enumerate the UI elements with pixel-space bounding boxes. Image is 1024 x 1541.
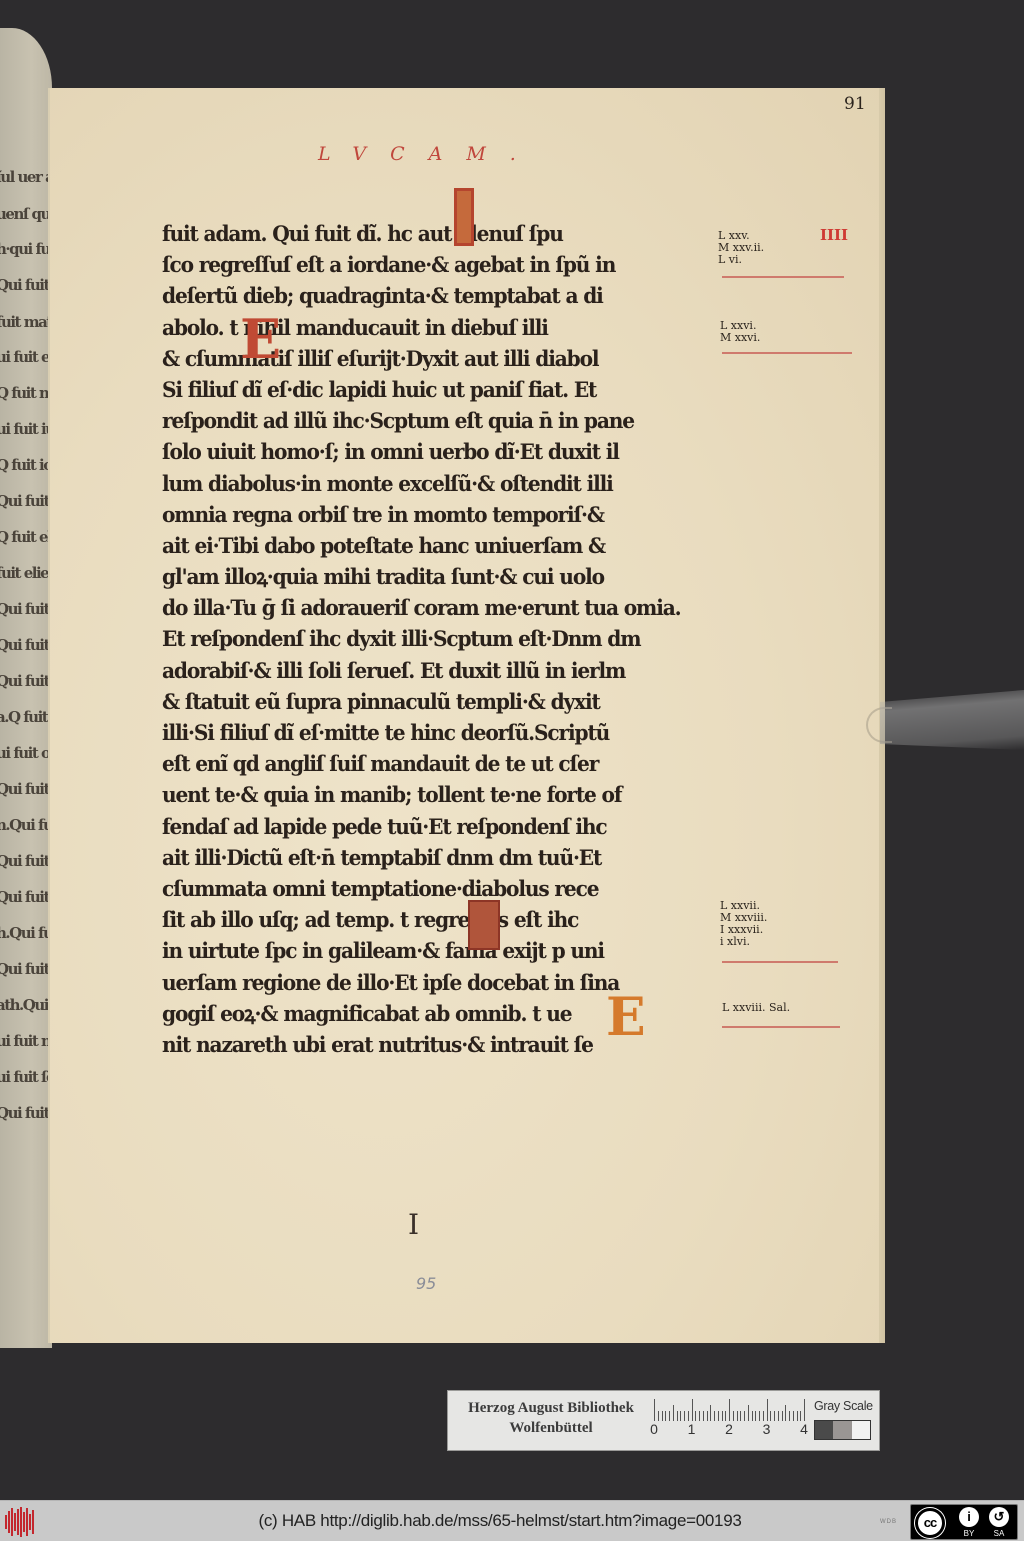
verso-text-line: Qui fuit ſeth xyxy=(0,1104,52,1122)
manuscript-line: ſco regreſſuſ eſt a iordane·& agebat in … xyxy=(162,249,719,280)
manuscript-line: ait illi·Dictũ eſt·n̄ temptabiſ dnm dm t… xyxy=(162,842,719,873)
verso-text-line: Qui fuit melch xyxy=(0,492,52,510)
ruler-tick xyxy=(714,1411,715,1421)
ruler-tick xyxy=(733,1411,734,1421)
ruler-tick xyxy=(763,1411,764,1421)
manuscript-line: in uirtute ſpc in galileam·& fama exijt … xyxy=(162,935,719,966)
marginal-gloss-2: L xxvi. M xxvi. xyxy=(720,320,760,344)
ruler-tick xyxy=(669,1411,670,1421)
copyright-link[interactable]: (c) HAB http://diglib.hab.de/mss/65-helm… xyxy=(0,1511,1000,1531)
verso-text-line: h.Qui fuit ag xyxy=(0,924,52,942)
verso-text-line: fuit matthyꝫ xyxy=(0,312,52,332)
wdb-mark: WDB xyxy=(880,1519,897,1525)
verso-text-line: uenſ quaſi annoꝝ xyxy=(0,204,52,224)
institution-name: Herzog August Bibliothek Wolfenbüttel xyxy=(456,1398,646,1438)
gray-scale-title: Gray Scale xyxy=(814,1399,873,1413)
gloss-line: L xxviii. Sal. xyxy=(722,1002,790,1014)
verso-text-line: Qui fuit leui xyxy=(0,600,52,618)
ruler-tick xyxy=(692,1399,693,1421)
verso-text-line: a.Q fuit nach xyxy=(0,708,52,726)
ruler-tick xyxy=(725,1411,726,1421)
hab-label-card: Herzog August Bibliothek Wolfenbüttel 01… xyxy=(447,1390,880,1451)
manuscript-line: adorabiſ·& illi ſoli ſerueſ. Et duxit il… xyxy=(162,655,719,686)
verso-text-line: Qui fuit melch xyxy=(0,672,52,690)
manuscript-line: cſummata omni temptatione·diabolus rece xyxy=(162,873,719,904)
verso-text-line: Qui fuit naſſ xyxy=(0,780,52,798)
ruler-tick xyxy=(774,1411,775,1421)
verso-text-line: ui fuit eſli xyxy=(0,348,52,366)
ruler-tick xyxy=(755,1411,756,1421)
ruler-tick xyxy=(804,1399,805,1421)
verso-text-line: fuit eliezer xyxy=(0,564,52,582)
gloss-rule xyxy=(722,352,852,354)
ruler-tick xyxy=(778,1411,779,1421)
verso-text-line: ui fuit malel xyxy=(0,1032,52,1050)
running-head: LVCAM. xyxy=(318,143,540,165)
manuscript-line: Et reſpondenſ ihc dyxit illi·Scptum eſt·… xyxy=(162,623,719,654)
ruler-tick xyxy=(748,1405,749,1421)
ruler-number: 3 xyxy=(761,1421,773,1437)
manuscript-line: ait ei·Tibi dabo poteſtate hanc uniuerſa… xyxy=(162,530,719,561)
marginal-red-numeral: IIII xyxy=(820,226,848,244)
ruler-tick xyxy=(673,1405,674,1421)
ruler-tick xyxy=(718,1411,719,1421)
gloss-rule xyxy=(722,961,838,963)
ruler-tick xyxy=(789,1411,790,1421)
ruler-tick xyxy=(782,1411,783,1421)
verso-text-line: ath.Qui fuit xyxy=(0,996,52,1014)
decorated-initial-e: E xyxy=(606,992,646,1044)
institution-line-2: Wolfenbüttel xyxy=(456,1418,646,1438)
ruler-tick xyxy=(677,1411,678,1421)
ruler-tick xyxy=(744,1411,745,1421)
verso-text-line: ui fuit iuda xyxy=(0,420,52,438)
sa-label: SA xyxy=(989,1529,1009,1538)
verso-text-line: h·qui fuit hel xyxy=(0,240,52,258)
manuscript-line: ſolo uiuit homo·ſ; in omni uerbo dĩ·Et d… xyxy=(162,436,719,467)
gray-scale-swatches xyxy=(814,1420,871,1440)
verso-text-line: Q fuit ioſeph xyxy=(0,456,52,474)
cm-ruler xyxy=(654,1399,809,1421)
ruler-tick xyxy=(680,1411,681,1421)
manuscript-line: gl'am illoꝝ·quia mihi tradita ſunt·& cui… xyxy=(162,561,719,592)
by-label: BY xyxy=(959,1529,979,1538)
cc-icon: cc xyxy=(915,1508,945,1538)
decorated-initial-i: I xyxy=(454,188,474,246)
manuscript-line: lum diabolus·in monte excelſũ·& oſtendit… xyxy=(162,468,719,499)
manuscript-line: fuit adam. Qui fuit dĩ. hc aut plenuſ ſp… xyxy=(162,218,719,249)
verso-text-line: Qui fuit ab xyxy=(0,888,52,906)
institution-line-1: Herzog August Bibliothek xyxy=(456,1398,646,1418)
verso-text-line: Qui fuit iacob xyxy=(0,852,52,870)
ruler-tick xyxy=(710,1405,711,1421)
ruler-tick xyxy=(800,1411,801,1421)
verso-text-line: Qui fuit ioſeph xyxy=(0,636,52,654)
ruler-number: 4 xyxy=(798,1421,810,1437)
manuscript-line: ſit ab illo uſq; ad temp. t regreſſus eſ… xyxy=(162,904,719,935)
marginal-gloss-4: L xxviii. Sal. xyxy=(722,1002,790,1014)
sa-share-alike-icon: ↺ xyxy=(989,1507,1009,1527)
decorated-initial-e: E xyxy=(240,312,281,366)
by-attribution-icon: i xyxy=(959,1507,979,1527)
verso-page-edge: ĩul uer aydauenſ quaſi annoꝝh·qui fuit h… xyxy=(0,28,52,1348)
ruler-number: 1 xyxy=(686,1421,698,1437)
swatch-mid xyxy=(833,1421,851,1439)
ruler-tick xyxy=(752,1411,753,1421)
ruler-tick xyxy=(695,1411,696,1421)
ruler-tick xyxy=(729,1399,730,1421)
decorated-initial-e xyxy=(468,900,500,950)
ruler-tick xyxy=(793,1411,794,1421)
verso-text-line: n.Qui fuit eſ xyxy=(0,816,52,834)
verso-text-line: ĩul uer ayda xyxy=(0,168,52,186)
ruler-tick xyxy=(797,1411,798,1421)
ruler-tick xyxy=(767,1399,768,1421)
cc-license-badge[interactable]: cc i BY ↺ SA xyxy=(910,1504,1018,1540)
verso-text-line: Q fuit elmada xyxy=(0,528,52,546)
footer-bar: (c) HAB http://diglib.hab.de/mss/65-helm… xyxy=(0,1500,1024,1541)
ruler-tick xyxy=(740,1411,741,1421)
manuscript-line: illi·Si filiuſ dĩ eſ·mitte te hinc deorſ… xyxy=(162,717,719,748)
gloss-line: M xxvi. xyxy=(720,332,760,344)
verso-text-line: Qui fuit melch xyxy=(0,276,52,294)
manuscript-line: & ſtatuit eũ ſupra pinnaculũ templi·& dy… xyxy=(162,686,719,717)
folio-number: 91 xyxy=(844,94,866,114)
gloss-line: i xlvi. xyxy=(720,936,767,948)
manuscript-line: fendaſ ad lapide pede tuũ·Et reſpondenſ … xyxy=(162,811,719,842)
marginal-gloss-3: L xxvii. M xxviii. I xxxvii. i xlvi. xyxy=(720,900,767,948)
verso-text-line: ui fuit obeth xyxy=(0,744,52,762)
ruler-tick xyxy=(707,1411,708,1421)
swatch-light xyxy=(852,1421,870,1439)
verso-text-line: ui fuit ſeth xyxy=(0,1068,52,1086)
recto-page: 91 LVCAM. fuit adam. Qui fuit dĩ. hc aut… xyxy=(48,88,885,1343)
pencil-foliation: 95 xyxy=(416,1274,436,1293)
manuscript-line: uent te·& quia in manib; tollent te·ne f… xyxy=(162,779,719,810)
gloss-rule xyxy=(722,276,844,278)
ruler-tick xyxy=(665,1411,666,1421)
ruler-tick xyxy=(770,1411,771,1421)
ruler-tick xyxy=(759,1411,760,1421)
marginal-gloss-1: L xxv. M xxv.ii. L vi. xyxy=(718,230,764,266)
gloss-rule xyxy=(722,1026,840,1028)
ruler-tick xyxy=(684,1411,685,1421)
ruler-tick xyxy=(737,1411,738,1421)
manuscript-line: Si filiuſ dĩ eſ·dic lapidi huic ut paniſ… xyxy=(162,374,719,405)
ruler-number: 2 xyxy=(723,1421,735,1437)
ruler-tick xyxy=(699,1411,700,1421)
manuscript-line: omnia regna orbiſ tre in momto temporiſ·… xyxy=(162,499,719,530)
verso-text-line: Qui fuit ſale xyxy=(0,960,52,978)
ruler-tick xyxy=(654,1399,655,1421)
ruler-tick xyxy=(703,1411,704,1421)
ruler-number: 0 xyxy=(648,1421,660,1437)
swatch-dark xyxy=(815,1421,833,1439)
ruler-tick xyxy=(722,1411,723,1421)
ruler-tick xyxy=(662,1411,663,1421)
ruler-tick xyxy=(785,1405,786,1421)
verso-text-line: Q fuit matheo xyxy=(0,384,52,402)
manuscript-line: eſt enĩ qd angliſ ſuiſ mandauit de te ut… xyxy=(162,748,719,779)
manuscript-line: do illa·Tu ḡ ſi adoraueriſ coram me·erun… xyxy=(162,592,719,623)
gloss-line: L vi. xyxy=(718,254,764,266)
ruler-tick xyxy=(658,1411,659,1421)
quire-signature: I xyxy=(408,1208,419,1241)
manuscript-line: reſpondit ad illũ ihc·Scptum eſt quia n̄… xyxy=(162,405,719,436)
ruler-tick xyxy=(688,1411,689,1421)
